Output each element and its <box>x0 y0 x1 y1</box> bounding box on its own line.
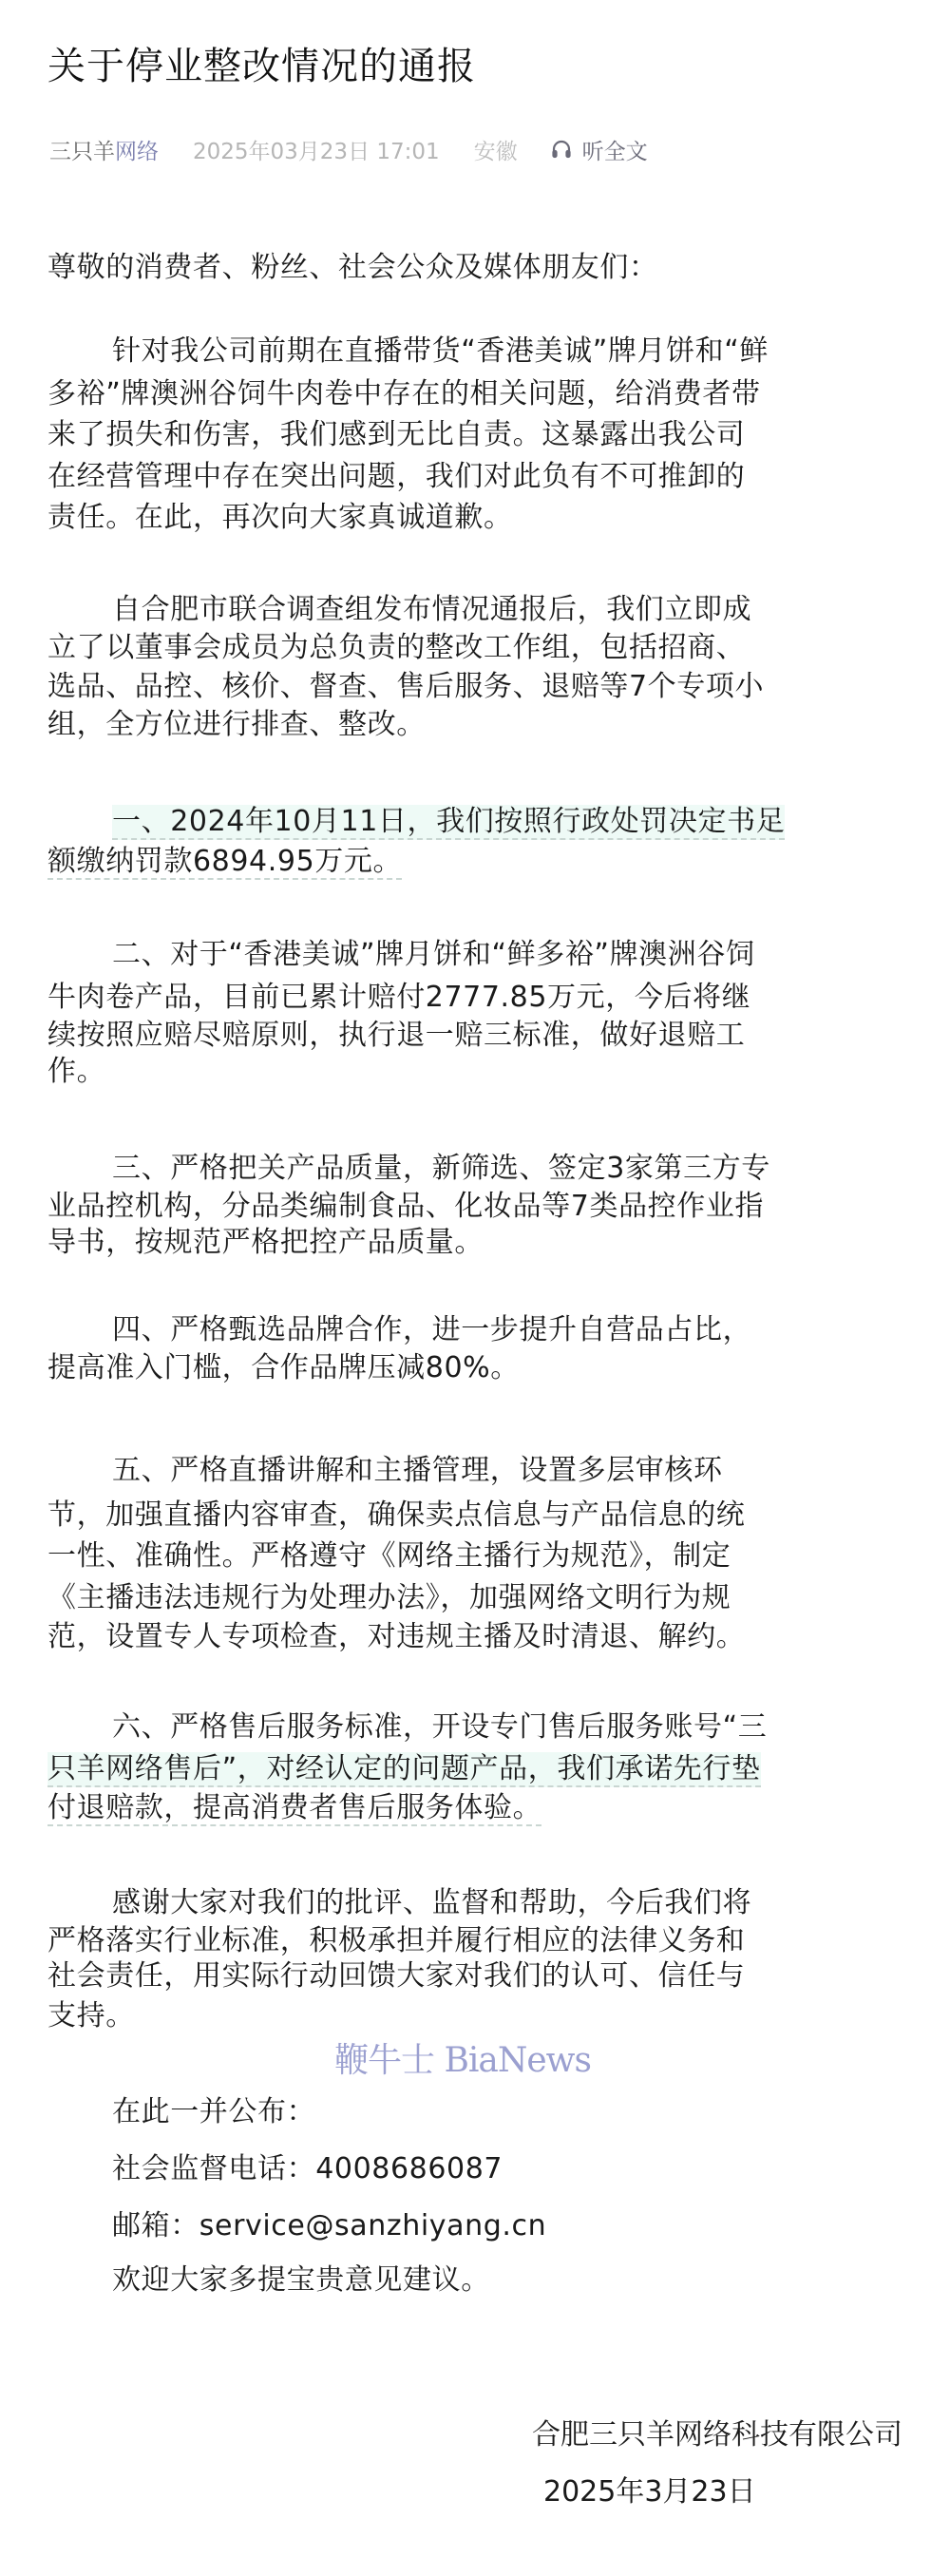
paragraph-line: 五、严格直播讲解和主播管理，设置多层审核环 <box>112 1452 902 1490</box>
announce-closing: 欢迎大家多提宝贵意见建议。 <box>112 2261 950 2299</box>
paragraph-line: 三、严格把关产品质量，新筛选、签定3家第三方专 <box>112 1150 902 1188</box>
source-name-prefix: 三只羊 <box>49 140 115 164</box>
paragraph-line: 选品、品控、核价、督查、售后服务、退赔等7个专项小 <box>47 668 902 706</box>
paragraph-line: 针对我公司前期在直播带货“香港美诚”牌月饼和“鲜 <box>112 333 902 371</box>
publish-datetime: 2025年03月23日 17:01 <box>193 134 440 165</box>
paragraph-line: 导书，按规范严格把控产品质量。 <box>47 1224 902 1262</box>
listen-full-text-button[interactable]: 听全文 <box>550 134 648 165</box>
paragraph-line: 范，设置专人专项检查，对违规主播及时清退、解约。 <box>47 1618 902 1656</box>
headphones-icon <box>550 138 573 161</box>
source-name-suffix: 网络 <box>115 140 159 164</box>
highlighted-text[interactable]: 只羊网络售后”，对经认定的问题产品，我们承诺先行垫 <box>47 1752 761 1787</box>
article-title: 关于停业整改情况的通报 <box>47 44 476 89</box>
paragraph-line: 社会责任，用实际行动回馈大家对我们的认可、信任与 <box>47 1957 902 1995</box>
watermark-logo: 鞭牛士 BiaNews <box>334 2033 591 2082</box>
paragraph-line-highlighted: 只羊网络售后”，对经认定的问题产品，我们承诺先行垫 <box>47 1750 902 1788</box>
publish-region: 安徽 <box>474 134 518 165</box>
paragraph-line: 责任。在此，再次向大家真诚道歉。 <box>47 499 902 537</box>
paragraph-line-highlighted: 额缴纳罚款6894.95万元。 <box>47 843 902 881</box>
paragraph-line-highlighted: 付退赔款，提高消费者售后服务体验。 <box>47 1789 902 1827</box>
article-meta: 三只羊网络 2025年03月23日 17:01 安徽 听全文 <box>49 133 648 165</box>
paragraph-line: 组，全方位进行排查、整改。 <box>47 706 902 744</box>
paragraph-line: 作。 <box>47 1053 902 1091</box>
highlighted-text[interactable]: 额缴纳罚款6894.95万元。 <box>47 845 402 880</box>
paragraph-line: 《主播违法违规行为处理办法》，加强网络文明行为规 <box>47 1579 902 1617</box>
paragraph-line: 一性、准确性。严格遵守《网络主播行为规范》，制定 <box>47 1537 902 1575</box>
paragraph-line: 自合肥市联合调查组发布情况通报后，我们立即成 <box>112 591 902 629</box>
paragraph-line: 续按照应赔尽赔原则，执行退一赔三标准，做好退赔工 <box>47 1017 902 1055</box>
paragraph-line: 多裕”牌澳洲谷饲牛肉卷中存在的相关问题，给消费者带 <box>47 375 902 413</box>
listen-label: 听全文 <box>582 134 648 165</box>
paragraph-line-highlighted: 一、2024年10月11日，我们按照行政处罚决定书足 <box>112 803 902 841</box>
greeting: 尊敬的消费者、粉丝、社会公众及媒体朋友们： <box>47 249 902 287</box>
paragraph-line: 提高准入门槛，合作品牌压减80%。 <box>47 1349 902 1387</box>
supervision-phone: 社会监督电话：4008686087 <box>112 2150 950 2188</box>
paragraph-line: 严格落实行业标准，积极承担并履行相应的法律义务和 <box>47 1922 902 1960</box>
paragraph-line: 二、对于“香港美诚”牌月饼和“鲜多裕”牌澳洲谷饲 <box>112 936 902 974</box>
paragraph-line: 感谢大家对我们的批评、监督和帮助，今后我们将 <box>112 1884 902 1922</box>
source-account[interactable]: 三只羊网络 <box>49 134 159 165</box>
paragraph-line: 立了以董事会成员为总负责的整改工作组，包括招商、 <box>47 629 902 667</box>
paragraph-line: 节，加强直播内容审查，确保卖点信息与产品信息的统 <box>47 1497 902 1535</box>
highlighted-text[interactable]: 一、2024年10月11日，我们按照行政处罚决定书足 <box>112 805 785 840</box>
signature-date: 2025年3月23日 <box>543 2473 756 2511</box>
paragraph-line: 六、严格售后服务标准，开设专门售后服务账号“三 <box>112 1708 902 1746</box>
announce-intro: 在此一并公布： <box>112 2093 950 2131</box>
paragraph-line: 来了损失和伤害，我们感到无比自责。这暴露出我公司 <box>47 416 902 454</box>
contact-email: 邮箱：service@sanzhiyang.cn <box>112 2207 950 2245</box>
paragraph-line: 业品控机构，分品类编制食品、化妆品等7类品控作业指 <box>47 1188 902 1226</box>
paragraph-line: 四、严格甄选品牌合作，进一步提升自营品占比， <box>112 1311 902 1349</box>
paragraph-line: 支持。 <box>47 1997 902 2035</box>
paragraph-line: 牛肉卷产品，目前已累计赔付2777.85万元，今后将继 <box>47 979 902 1017</box>
highlighted-text[interactable]: 付退赔款，提高消费者售后服务体验。 <box>47 1791 541 1826</box>
paragraph-line: 在经营管理中存在突出问题，我们对此负有不可推卸的 <box>47 458 902 496</box>
signature-company: 合肥三只羊网络科技有限公司 <box>532 2416 902 2454</box>
